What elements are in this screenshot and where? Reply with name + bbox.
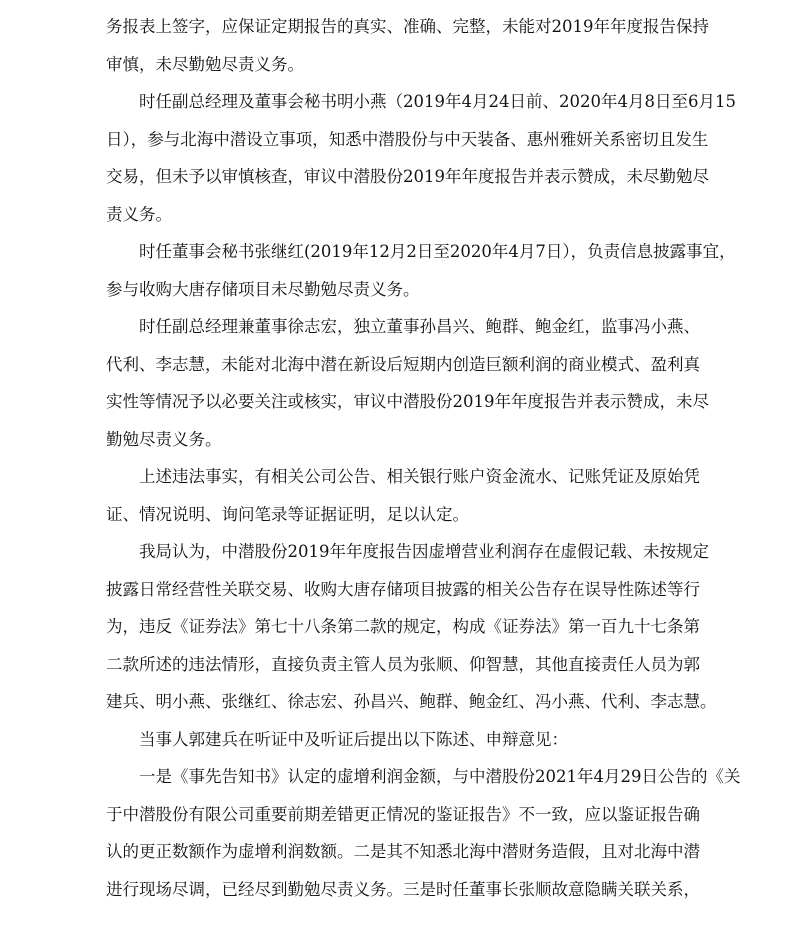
text-line: 务报表上签字，应保证定期报告的真实、准确、完整，未能对2019年年度报告保持 [106, 8, 686, 46]
text-line: 时任副总经理兼董事徐志宏，独立董事孙昌兴、鲍群、鲍金红，监事冯小燕、 [106, 308, 686, 346]
paragraph-7: 当事人郭建兵在听证中及听证后提出以下陈述、申辩意见： [106, 721, 686, 759]
text-line: 证、情况说明、询问笔录等证据证明，足以认定。 [106, 496, 686, 534]
text-line: 于中潜股份有限公司重要前期差错更正情况的鉴证报告》不一致，应以鉴证报告确 [106, 796, 686, 834]
text-line: 勤勉尽责义务。 [106, 421, 686, 459]
paragraph-5: 上述违法事实，有相关公司公告、相关银行账户资金流水、记账凭证及原始凭 证、情况说… [106, 458, 686, 533]
document-page: 务报表上签字，应保证定期报告的真实、准确、完整，未能对2019年年度报告保持 审… [106, 8, 686, 908]
text-line: 实性等情况予以必要关注或核实，审议中潜股份2019年年度报告并表示赞成，未尽 [106, 383, 686, 421]
text-line: 参与收购大唐存储项目未尽勤勉尽责义务。 [106, 271, 686, 309]
text-line: 为，违反《证券法》第七十八条第二款的规定，构成《证券法》第一百九十七条第 [106, 608, 686, 646]
text-line: 审慎，未尽勤勉尽责义务。 [106, 46, 686, 84]
text-line: 日），参与北海中潜设立事项，知悉中潜股份与中天装备、惠州雅妍关系密切且发生 [106, 121, 686, 159]
text-line: 当事人郭建兵在听证中及听证后提出以下陈述、申辩意见： [106, 721, 686, 759]
paragraph-4: 时任副总经理兼董事徐志宏，独立董事孙昌兴、鲍群、鲍金红，监事冯小燕、 代利、李志… [106, 308, 686, 458]
paragraph-6: 我局认为，中潜股份2019年年度报告因虚增营业利润存在虚假记载、未按规定 披露日… [106, 533, 686, 721]
text-line: 我局认为，中潜股份2019年年度报告因虚增营业利润存在虚假记载、未按规定 [106, 533, 686, 571]
text-line: 责义务。 [106, 196, 686, 234]
text-line: 进行现场尽调，已经尽到勤勉尽责义务。三是时任董事长张顺故意隐瞒关联关系， [106, 871, 686, 909]
paragraph-1: 务报表上签字，应保证定期报告的真实、准确、完整，未能对2019年年度报告保持 审… [106, 8, 686, 83]
paragraph-3: 时任董事会秘书张继红(2019年12月2日至2020年4月7日），负责信息披露事… [106, 233, 686, 308]
text-line: 披露日常经营性关联交易、收购大唐存储项目披露的相关公告存在误导性陈述等行 [106, 571, 686, 609]
text-line: 认的更正数额作为虚增利润数额。二是其不知悉北海中潜财务造假，且对北海中潜 [106, 833, 686, 871]
text-line: 代利、李志慧，未能对北海中潜在新设后短期内创造巨额利润的商业模式、盈利真 [106, 346, 686, 384]
text-line: 二款所述的违法情形，直接负责主管人员为张顺、仰智慧，其他直接责任人员为郭 [106, 646, 686, 684]
text-line: 建兵、明小燕、张继红、徐志宏、孙昌兴、鲍群、鲍金红、冯小燕、代利、李志慧。 [106, 683, 686, 721]
text-line: 时任董事会秘书张继红(2019年12月2日至2020年4月7日），负责信息披露事… [106, 233, 686, 271]
paragraph-2: 时任副总经理及董事会秘书明小燕（2019年4月24日前、2020年4月8日至6月… [106, 83, 686, 233]
text-line: 交易，但未予以审慎核查，审议中潜股份2019年年度报告并表示赞成，未尽勤勉尽 [106, 158, 686, 196]
text-line: 一是《事先告知书》认定的虚增利润金额，与中潜股份2021年4月29日公告的《关 [106, 758, 686, 796]
text-line: 时任副总经理及董事会秘书明小燕（2019年4月24日前、2020年4月8日至6月… [106, 83, 686, 121]
text-line: 上述违法事实，有相关公司公告、相关银行账户资金流水、记账凭证及原始凭 [106, 458, 686, 496]
paragraph-8: 一是《事先告知书》认定的虚增利润金额，与中潜股份2021年4月29日公告的《关 … [106, 758, 686, 908]
